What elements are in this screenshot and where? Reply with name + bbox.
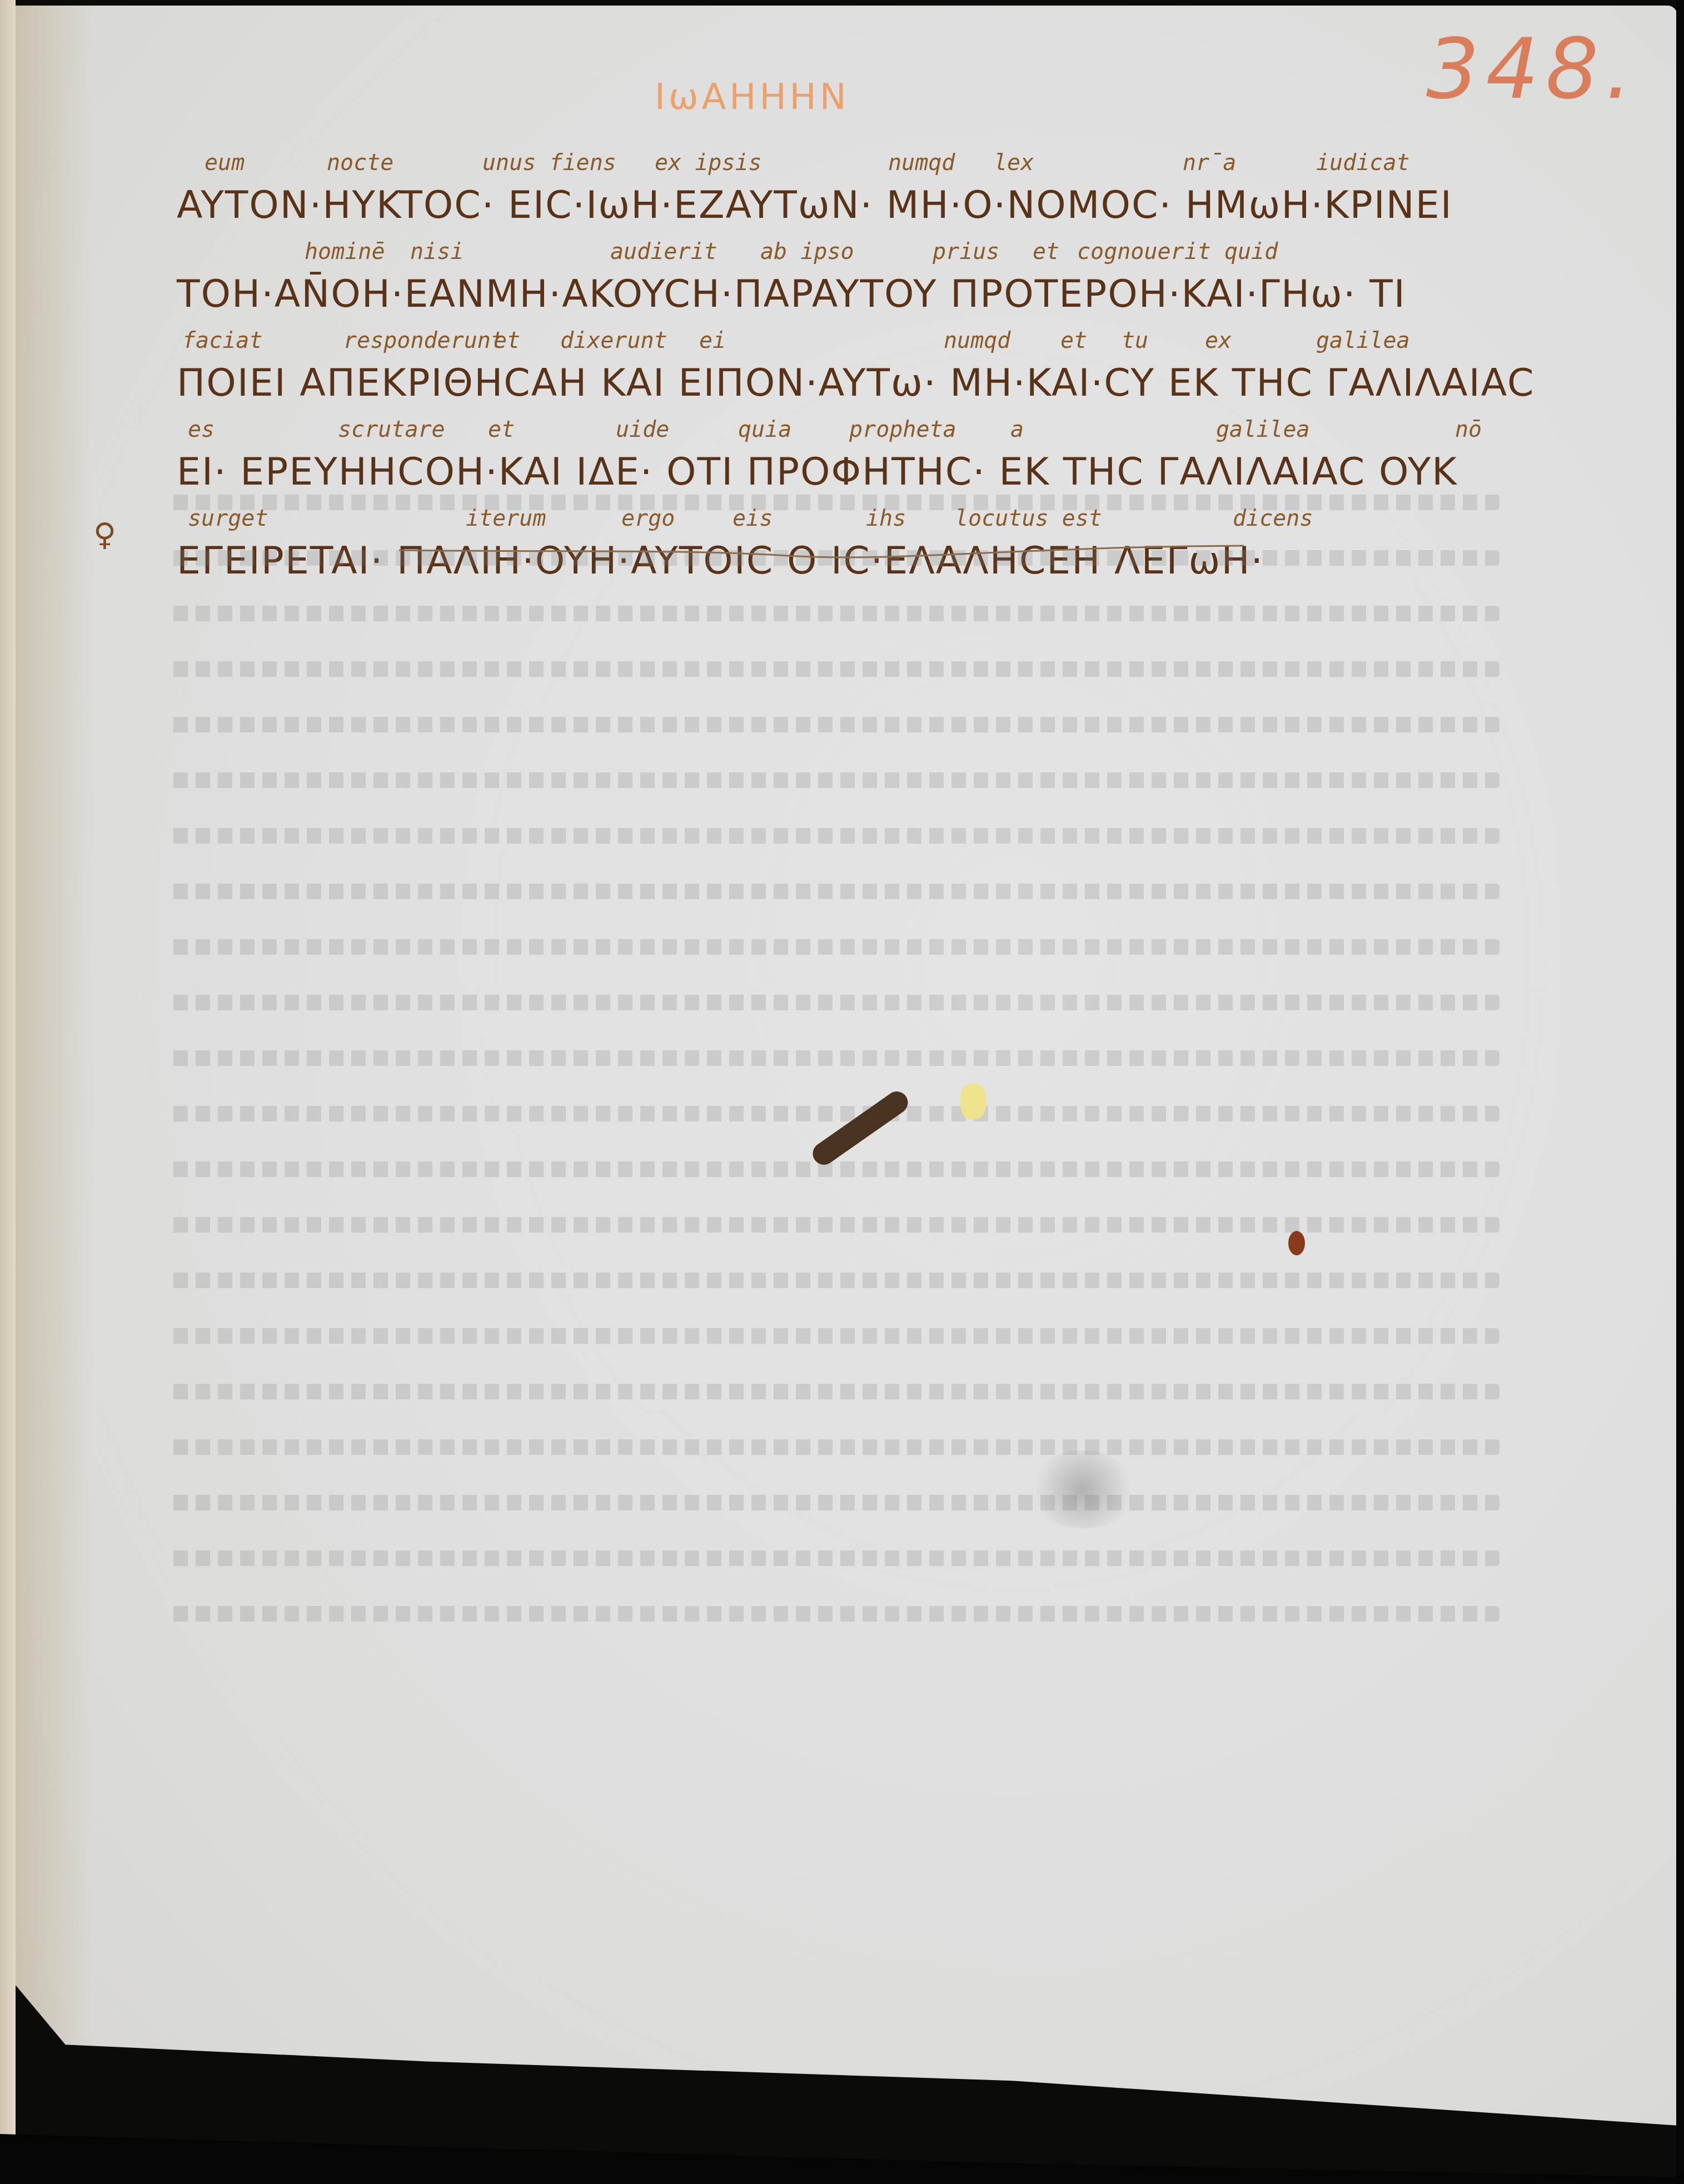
gloss-word: cognouerit quid xyxy=(1077,239,1278,265)
greek-text-line: TOH·AN̄OH·EANMH·AKOYCH·ΠAPAYTOY ΠPOTEPOH… xyxy=(177,272,1406,316)
gloss-word: uide xyxy=(616,417,669,442)
gloss-word: et xyxy=(1060,328,1087,353)
gloss-word: nō xyxy=(1455,417,1482,442)
gloss-word: dixerunt xyxy=(560,328,667,353)
text-line-2: hominē nisi audierit ab ipso prius et co… xyxy=(177,239,1488,328)
greek-text-line: AYTON·HYKTOC· EIC·IωH·EZAYTωN· MH·O·NOMO… xyxy=(177,183,1453,227)
gloss-word: eum xyxy=(205,150,245,176)
gloss-word: lex xyxy=(994,150,1034,176)
gloss-word: faciat xyxy=(182,328,263,353)
gloss-word: et xyxy=(488,417,515,442)
greek-text-line: EI· EPEYHHCOH·KAI IΔE· OTI ΠPOΦHTHC· EK … xyxy=(177,450,1458,494)
text-line-3: faciat responderunt et dixerunt ei numqd… xyxy=(177,328,1488,417)
manuscript-page: 348. IωAHHHN eum nocte unus fiens ex ips… xyxy=(16,6,1677,2134)
gloss-word: ei xyxy=(699,328,726,353)
greek-text-line: ΠOIEI ΑΠΕKPIΘHCAH KAI EIΠON·AYTω· MH·KAI… xyxy=(177,361,1535,405)
yellow-pigment-spot xyxy=(960,1084,986,1119)
gloss-word: nocte xyxy=(327,150,393,176)
gloss-word: ex xyxy=(1205,328,1232,353)
gloss-word: tu xyxy=(1122,328,1148,353)
background-bottom xyxy=(0,2101,1684,2184)
marginal-mark: ♀ xyxy=(93,517,116,553)
gloss-word: numqd xyxy=(888,150,955,176)
gloss-word: hominē xyxy=(305,239,385,265)
gloss-word: ab ipso xyxy=(760,239,854,265)
gloss-word: propheta xyxy=(849,417,956,442)
show-through-text-from-verso xyxy=(166,495,1499,1673)
gloss-word: nr̄a xyxy=(1183,150,1236,176)
gloss-word: responderunt xyxy=(343,328,504,353)
gloss-word: unus fiens xyxy=(482,150,616,176)
background-edge xyxy=(1676,0,1684,2184)
gloss-word: nisi xyxy=(410,239,464,265)
folio-number: 348. xyxy=(1426,21,1638,118)
gloss-word: prius xyxy=(933,239,999,265)
gloss-word: quia xyxy=(738,417,791,442)
gloss-word: galilea xyxy=(1216,417,1310,442)
neighbouring-leaf-edge xyxy=(0,0,16,2184)
text-line-1: eum nocte unus fiens ex ipsis numqd lex … xyxy=(177,150,1488,239)
gloss-word: scrutare xyxy=(338,417,445,442)
gloss-word: es xyxy=(188,417,215,442)
text-line-4: es scrutare et uide quia propheta a gali… xyxy=(177,417,1488,506)
gloss-word: galilea xyxy=(1316,328,1410,353)
grey-stain xyxy=(1027,1450,1138,1528)
gloss-word: et xyxy=(494,328,520,353)
brown-pigment-spot xyxy=(1288,1231,1305,1255)
gloss-word: audierit xyxy=(610,239,718,265)
gloss-word: iudicat xyxy=(1316,150,1410,176)
gloss-word: et xyxy=(1033,239,1059,265)
gloss-word: ex ipsis xyxy=(655,150,762,176)
gloss-word: numqd xyxy=(944,328,1010,353)
running-title: IωAHHHN xyxy=(655,77,850,118)
gloss-word: a xyxy=(1010,417,1024,442)
